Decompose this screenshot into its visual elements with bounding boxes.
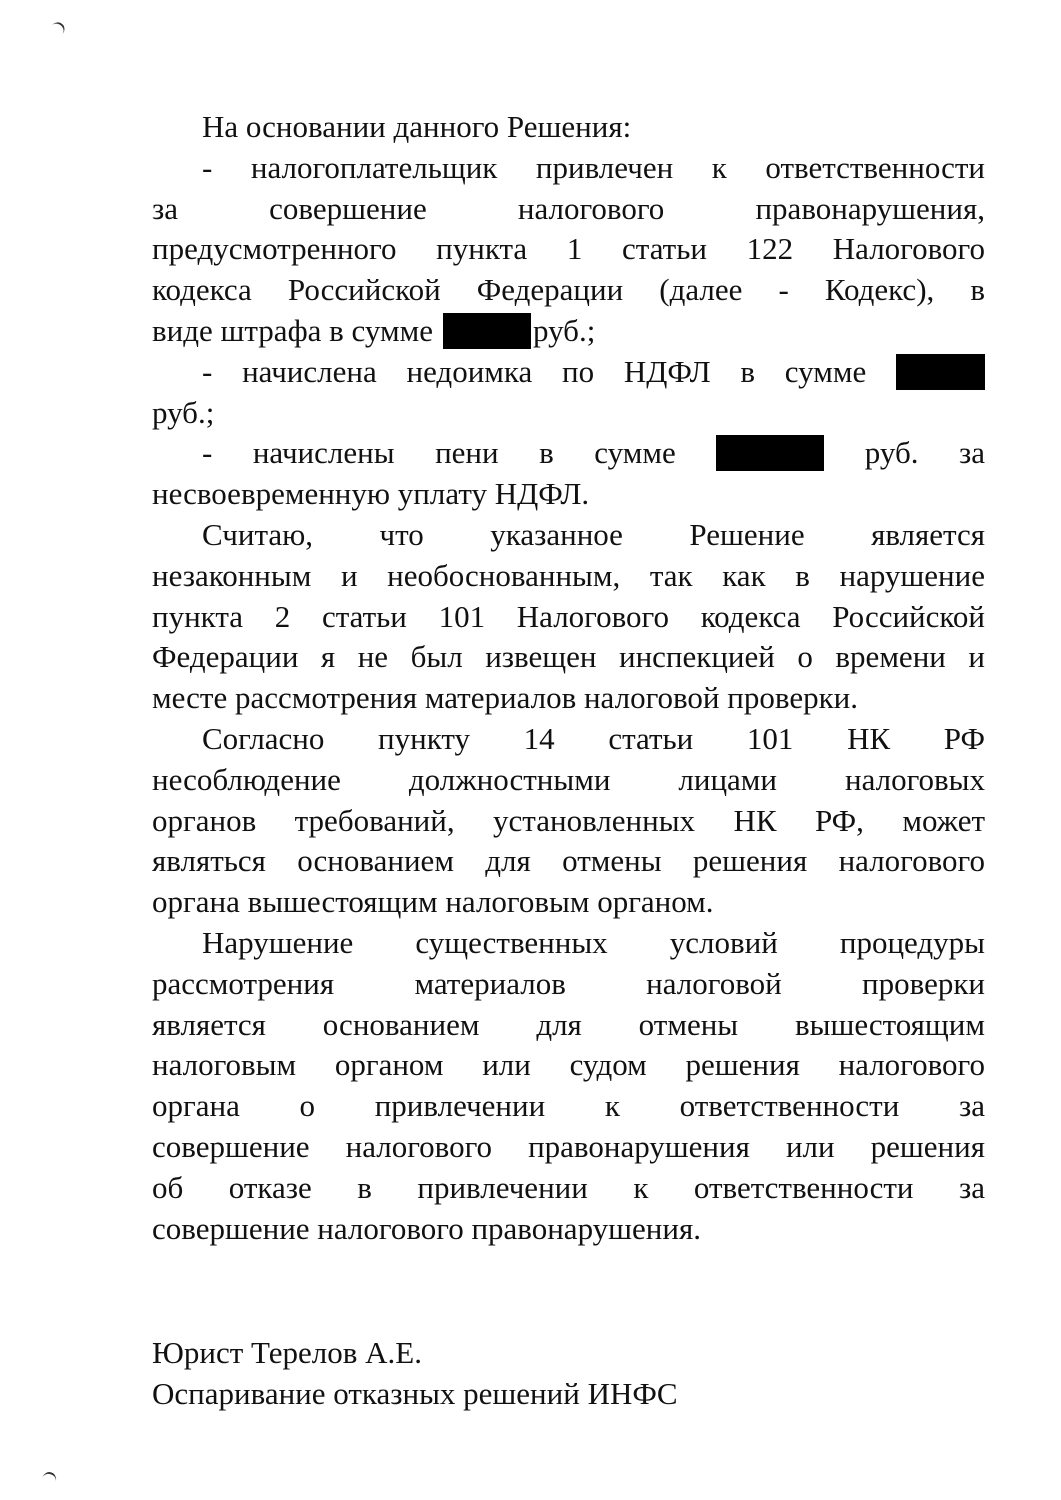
paragraph-line: предусмотренного пункта 1 статьи 122 Нал… xyxy=(152,229,985,270)
line-text: - начислена недоимка по НДФЛ в сумме xyxy=(202,354,866,389)
redacted-penalty-amount xyxy=(716,435,824,471)
paragraph-line: кодекса Российской Федерации (далее - Ко… xyxy=(152,270,985,311)
paragraph-line: незаконным и необоснованным, так как в н… xyxy=(152,556,985,597)
paragraph-line: пункта 2 статьи 101 Налогового кодекса Р… xyxy=(152,597,985,638)
document-page: На основании данного Решения: - налогопл… xyxy=(0,0,1061,1500)
line-text: руб. за xyxy=(865,435,985,470)
paragraph-line: является основанием для отмены вышестоящ… xyxy=(152,1005,985,1046)
signature-block: Юрист Терелов А.Е. Оспаривание отказных … xyxy=(152,1333,678,1415)
paragraph-line: На основании данного Решения: xyxy=(152,107,985,148)
scan-mark-icon xyxy=(40,1470,58,1489)
line-text: виде штрафа в сумме xyxy=(152,313,433,348)
paragraph-line: - начислены пени в сумме руб. за xyxy=(152,433,985,474)
scan-mark-icon xyxy=(46,19,67,40)
paragraph-line: совершение налогового правонарушения. xyxy=(152,1209,985,1250)
paragraph-line: совершение налогового правонарушения или… xyxy=(152,1127,985,1168)
paragraph-line: Федерации я не был извещен инспекцией о … xyxy=(152,637,985,678)
paragraph-line: за совершение налогового правонарушения, xyxy=(152,189,985,230)
paragraph-line: органа вышестоящим налоговым органом. xyxy=(152,882,985,923)
line-text: - начислены пени в сумме xyxy=(202,435,676,470)
paragraph-line: об отказе в привлечении к ответственност… xyxy=(152,1168,985,1209)
paragraph-line: Нарушение существенных условий процедуры xyxy=(152,923,985,964)
paragraph-line: виде штрафа в суммеруб.; xyxy=(152,311,985,352)
paragraph-line: руб.; xyxy=(152,393,985,434)
signature-name: Юрист Терелов А.Е. xyxy=(152,1333,678,1374)
paragraph-line: Считаю, что указанное Решение является xyxy=(152,515,985,556)
paragraph-line: Согласно пункту 14 статьи 101 НК РФ xyxy=(152,719,985,760)
paragraph-line: - начислена недоимка по НДФЛ в сумме xyxy=(152,352,985,393)
signature-title: Оспаривание отказных решений ИНФС xyxy=(152,1374,678,1415)
paragraph-line: рассмотрения материалов налоговой провер… xyxy=(152,964,985,1005)
document-body: На основании данного Решения: - налогопл… xyxy=(152,107,985,1249)
paragraph-line: являться основанием для отмены решения н… xyxy=(152,841,985,882)
redacted-arrears-amount xyxy=(896,354,985,390)
paragraph-line: органов требований, установленных НК РФ,… xyxy=(152,801,985,842)
line-text: руб.; xyxy=(533,313,595,348)
paragraph-line: налоговым органом или судом решения нало… xyxy=(152,1045,985,1086)
paragraph-line: - налогоплательщик привлечен к ответстве… xyxy=(152,148,985,189)
paragraph-line: несвоевременную уплату НДФЛ. xyxy=(152,474,985,515)
paragraph-line: месте рассмотрения материалов налоговой … xyxy=(152,678,985,719)
paragraph-line: несоблюдение должностными лицами налогов… xyxy=(152,760,985,801)
paragraph-line: органа о привлечении к ответственности з… xyxy=(152,1086,985,1127)
redacted-fine-amount xyxy=(443,313,531,349)
